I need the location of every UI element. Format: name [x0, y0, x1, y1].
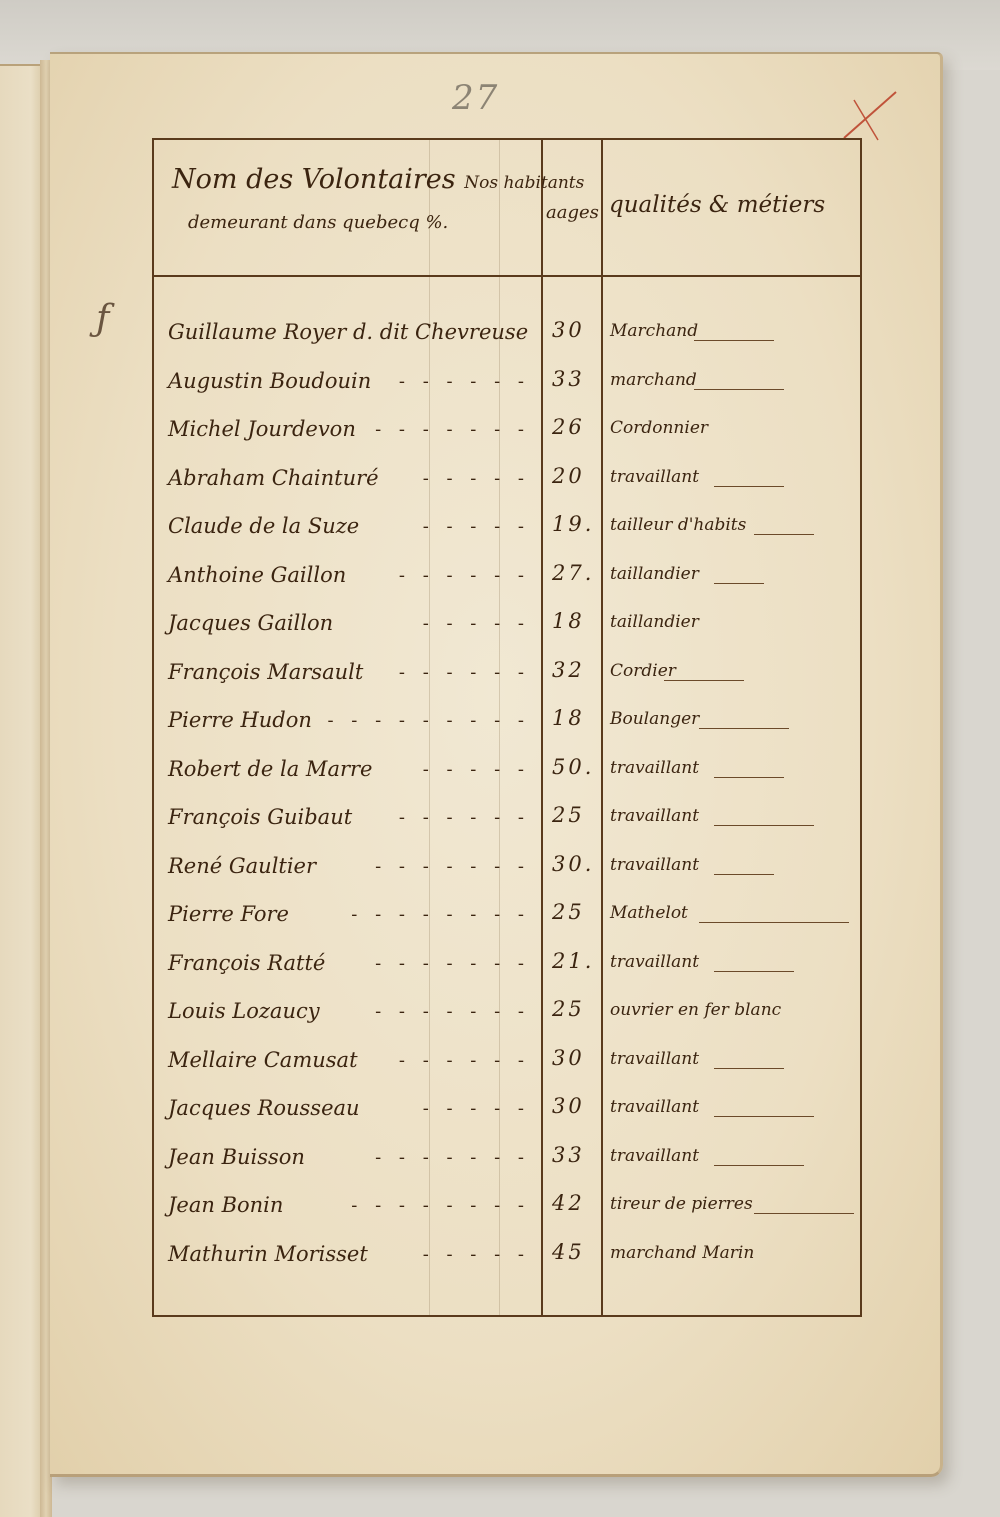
volunteer-age: 18: [552, 609, 596, 633]
table-row: Jacques Gaillon- - - - -18taillandier: [154, 609, 860, 658]
trade-underline: [699, 728, 789, 729]
facing-page-edge: [0, 64, 44, 1517]
trade-underline: [714, 1116, 814, 1117]
volunteer-trade: tailleur d'habits: [610, 515, 746, 535]
volunteer-trade: Cordier: [610, 661, 676, 681]
volunteer-age: 19.: [552, 512, 596, 536]
leader-dots: - - - - -: [423, 613, 530, 634]
volunteer-trade: marchand: [610, 370, 697, 390]
volunteer-age: 30: [552, 1094, 596, 1118]
table-row: Jacques Rousseau- - - - -30travaillant: [154, 1094, 860, 1143]
header-name-line1: Nom des Volontaires Nos habitants: [172, 164, 584, 195]
volunteer-name: Anthoine Gaillon: [168, 563, 346, 587]
leader-dots: - - - - - - -: [375, 856, 530, 877]
margin-mark: ƒ: [96, 298, 109, 339]
volunteer-name: Mathurin Morisset: [168, 1242, 368, 1266]
volunteer-trade: Boulanger: [610, 709, 699, 729]
volunteer-name: Pierre Hudon: [168, 708, 312, 732]
leader-dots: - - - - - -: [399, 565, 530, 586]
volunteer-name: Jean Bonin: [168, 1193, 283, 1217]
leader-dots: - - - - -: [423, 1098, 530, 1119]
trade-underline: [714, 825, 814, 826]
leader-dots: - - - - -: [423, 468, 530, 489]
volunteer-name: François Guibaut: [168, 805, 352, 829]
header-age: aages: [546, 202, 599, 223]
table-row: René Gaultier- - - - - - -30.travaillant: [154, 852, 860, 901]
volunteer-age: 30: [552, 1046, 596, 1070]
volunteer-trade: taillandier: [610, 564, 699, 584]
table-row: Anthoine Gaillon- - - - - -27.taillandie…: [154, 561, 860, 610]
table-row: Mathurin Morisset- - - - -45marchand Mar…: [154, 1240, 860, 1289]
volunteer-age: 21.: [552, 949, 596, 973]
trade-underline: [714, 1165, 804, 1166]
volunteer-age: 18: [552, 706, 596, 730]
table-row: Augustin Boudouin- - - - - -33marchand: [154, 367, 860, 416]
table-row: Louis Lozaucy- - - - - - -25ouvrier en f…: [154, 997, 860, 1046]
volunteer-age: 26: [552, 415, 596, 439]
volunteer-name: Jacques Gaillon: [168, 611, 333, 635]
leader-dots: - - - - - - -: [375, 1147, 530, 1168]
volunteer-name: Abraham Chainturé: [168, 466, 379, 490]
trade-underline: [664, 680, 744, 681]
volunteer-trade: Cordonnier: [610, 418, 708, 438]
volunteer-trade: Mathelot: [610, 903, 688, 923]
trade-underline: [714, 1068, 784, 1069]
volunteer-age: 50.: [552, 755, 596, 779]
leader-dots: - - - - - -: [399, 807, 530, 828]
volunteer-age: 33: [552, 1143, 596, 1167]
table-row: Robert de la Marre- - - - -50.travaillan…: [154, 755, 860, 804]
volunteer-trade: taillandier: [610, 612, 699, 632]
table-row: Pierre Hudon- - - - - - - - -18Boulanger: [154, 706, 860, 755]
volunteer-trade: travaillant: [610, 806, 699, 826]
volunteer-name: Guillaume Royer d. dit Chevreuse: [168, 320, 528, 344]
volunteer-name: Jacques Rousseau: [168, 1096, 360, 1120]
leader-dots: - - - - - - -: [375, 1001, 530, 1022]
table-row: Guillaume Royer d. dit Chevreuse30Marcha…: [154, 318, 860, 367]
volunteer-trade: travaillant: [610, 758, 699, 778]
volunteer-trade: tireur de pierres: [610, 1194, 753, 1214]
trade-underline: [754, 1213, 854, 1214]
volunteer-name: Pierre Fore: [168, 902, 289, 926]
trade-underline: [754, 534, 814, 535]
table-body: Guillaume Royer d. dit Chevreuse30Marcha…: [154, 318, 860, 1288]
header-qualities: qualités & métiers: [609, 192, 825, 218]
volunteer-trade: travaillant: [610, 952, 699, 972]
trade-underline: [714, 971, 794, 972]
volunteer-age: 25: [552, 803, 596, 827]
trade-underline: [694, 340, 774, 341]
table-row: Michel Jourdevon- - - - - - -26Cordonnie…: [154, 415, 860, 464]
volunteer-trade: travaillant: [610, 855, 699, 875]
volunteer-age: 33: [552, 367, 596, 391]
leader-dots: - - - - - -: [399, 662, 530, 683]
leader-dots: - - - - -: [423, 759, 530, 780]
trade-underline: [714, 777, 784, 778]
leader-dots: - - - - - - - - -: [327, 710, 530, 731]
table-row: Abraham Chainturé- - - - -20travaillant: [154, 464, 860, 513]
volunteer-register-table: Nom des Volontaires Nos habitants demeur…: [152, 138, 862, 1317]
volunteer-trade: Marchand: [610, 321, 698, 341]
trade-underline: [694, 389, 784, 390]
volunteer-trade: travaillant: [610, 1049, 699, 1069]
volunteer-trade: travaillant: [610, 1146, 699, 1166]
page-number: 27: [452, 78, 499, 118]
volunteer-trade: marchand Marin: [610, 1243, 754, 1263]
leader-dots: - - - - - - - -: [351, 1195, 530, 1216]
table-row: Jean Bonin- - - - - - - -42tireur de pie…: [154, 1191, 860, 1240]
volunteer-age: 45: [552, 1240, 596, 1264]
red-cross-mark-icon: [840, 88, 900, 144]
leader-dots: - - - - - - -: [375, 953, 530, 974]
volunteer-name: Robert de la Marre: [168, 757, 372, 781]
table-row: Mellaire Camusat- - - - - -30travaillant: [154, 1046, 860, 1095]
volunteer-name: René Gaultier: [168, 854, 316, 878]
trade-underline: [714, 583, 764, 584]
volunteer-name: François Marsault: [168, 660, 363, 684]
volunteer-age: 32: [552, 658, 596, 682]
volunteer-age: 42: [552, 1191, 596, 1215]
table-row: Jean Buisson- - - - - - -33travaillant: [154, 1143, 860, 1192]
table-row: François Ratté- - - - - - -21.travaillan…: [154, 949, 860, 998]
trade-underline: [699, 922, 849, 923]
volunteer-name: Augustin Boudouin: [168, 369, 371, 393]
table-row: Claude de la Suze- - - - -19.tailleur d'…: [154, 512, 860, 561]
leader-dots: - - - - -: [423, 1244, 530, 1265]
volunteer-age: 20: [552, 464, 596, 488]
volunteer-name: Michel Jourdevon: [168, 417, 356, 441]
table-row: François Guibaut- - - - - -25travaillant: [154, 803, 860, 852]
header-name-sub: Nos habitants: [464, 173, 584, 193]
trade-underline: [714, 874, 774, 875]
volunteer-trade: travaillant: [610, 1097, 699, 1117]
volunteer-name: Louis Lozaucy: [168, 999, 320, 1023]
volunteer-age: 25: [552, 900, 596, 924]
volunteer-age: 25: [552, 997, 596, 1021]
volunteer-age: 30: [552, 318, 596, 342]
trade-underline: [714, 486, 784, 487]
table-header: Nom des Volontaires Nos habitants demeur…: [154, 140, 860, 277]
volunteer-trade: travaillant: [610, 467, 699, 487]
volunteer-name: Claude de la Suze: [168, 514, 359, 538]
leader-dots: - - - - - - - -: [351, 904, 530, 925]
volunteer-trade: ouvrier en fer blanc: [610, 1000, 781, 1020]
leader-dots: - - - - - - -: [375, 419, 530, 440]
header-name-main: Nom des Volontaires: [172, 164, 456, 195]
volunteer-age: 30.: [552, 852, 596, 876]
table-row: François Marsault- - - - - -32Cordier: [154, 658, 860, 707]
leader-dots: - - - - -: [423, 516, 530, 537]
volunteer-name: François Ratté: [168, 951, 325, 975]
volunteer-name: Jean Buisson: [168, 1145, 305, 1169]
volunteer-name: Mellaire Camusat: [168, 1048, 358, 1072]
volunteer-age: 27.: [552, 561, 596, 585]
header-name-line2: demeurant dans quebecq %.: [188, 212, 448, 233]
table-row: Pierre Fore- - - - - - - -25Mathelot: [154, 900, 860, 949]
leader-dots: - - - - - -: [399, 371, 530, 392]
leader-dots: - - - - - -: [399, 1050, 530, 1071]
